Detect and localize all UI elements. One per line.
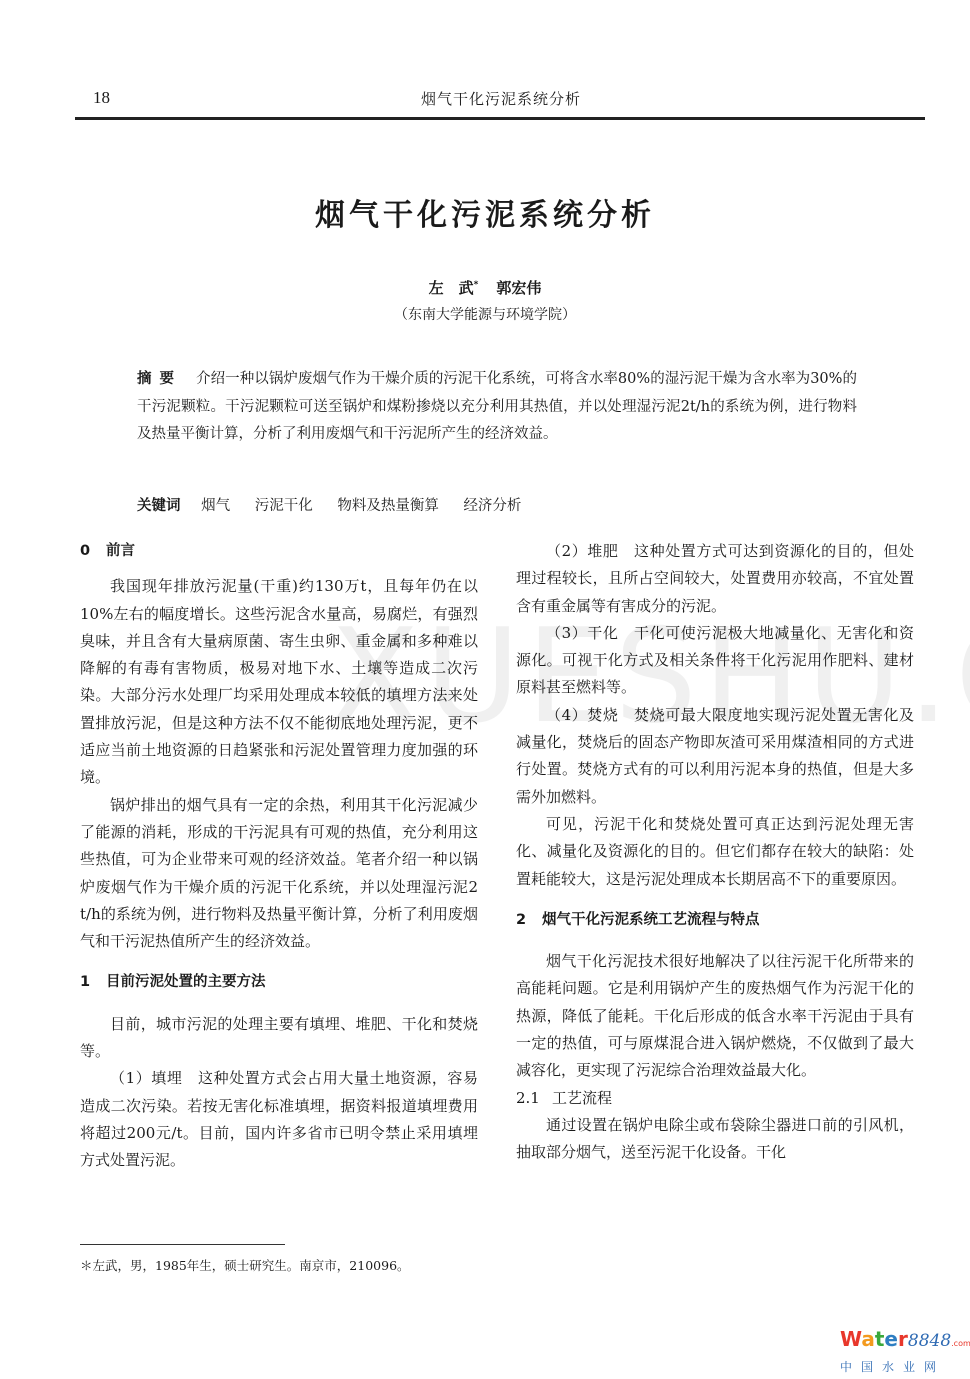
section-heading-2: 2烟气干化污泥系统工艺流程与特点: [516, 907, 914, 934]
author-1: 左 武: [429, 279, 474, 297]
paragraph: （2）堆肥 这种处置方式可达到资源化的目的，但处理过程较长，且所占空间较大，处置…: [516, 538, 914, 620]
paragraph: 我国现年排放污泥量(干重)约130万t，且每年仍在以10%左右的幅度增长。这些污…: [80, 573, 478, 791]
keyword: 物料及热量衡算: [337, 498, 439, 514]
author-2: 郭宏伟: [496, 279, 541, 297]
keyword: 经济分析: [463, 498, 521, 514]
paragraph: 烟气干化污泥技术很好地解决了以往污泥干化所带来的高能耗问题。它是利用锅炉产生的废…: [516, 948, 914, 1084]
keywords: 关键词 烟气 污泥干化 物料及热量衡算 经济分析: [137, 494, 857, 515]
logo-subtitle: 中国水业网: [840, 1358, 965, 1375]
paragraph: 可见，污泥干化和焚烧处置可真正达到污泥处理无害化、减量化及资源化的目的。但它们都…: [516, 811, 914, 893]
author-1-mark: *: [474, 280, 479, 290]
paper-title: 烟气干化污泥系统分析: [0, 190, 970, 234]
abstract-text: 介绍一种以锅炉废烟气作为干燥介质的污泥干化系统，可将含水率80%的湿污泥干燥为含…: [137, 371, 857, 442]
left-column: 0前言 我国现年排放污泥量(干重)约130万t，且每年仍在以10%左右的幅度增长…: [80, 538, 478, 1175]
running-title: 烟气干化污泥系统分析: [78, 88, 924, 109]
page-header: 18 烟气干化污泥系统分析: [78, 88, 924, 114]
keyword: 烟气: [201, 498, 230, 514]
subsection-heading-2-1: 2.1工艺流程: [516, 1085, 914, 1112]
paragraph: （1）填埋 这种处置方式会占用大量土地资源，容易造成二次污染。若按无害化标准填埋…: [80, 1065, 478, 1174]
section-heading-1: 1目前污泥处置的主要方法: [80, 969, 478, 996]
keywords-label: 关键词: [137, 498, 181, 514]
authors: 左 武*郭宏伟: [0, 277, 970, 298]
abstract-label: 摘要: [137, 371, 182, 387]
paragraph: （4）焚烧 焚烧可最大限度地实现污泥处置无害化及减量化，焚烧后的固态产物即灰渣可…: [516, 702, 914, 811]
paragraph: 锅炉排出的烟气具有一定的余热，利用其干化污泥减少了能源的消耗，形成的干污泥具有可…: [80, 792, 478, 956]
abstract: 摘要介绍一种以锅炉废烟气作为干燥介质的污泥干化系统，可将含水率80%的湿污泥干燥…: [137, 366, 857, 449]
footnote: ＊左武，男，1985年生，硕士研究生。南京市，210096。: [80, 1256, 410, 1274]
section-heading-0: 0前言: [80, 538, 478, 565]
right-column: （2）堆肥 这种处置方式可达到资源化的目的，但处理过程较长，且所占空间较大，处置…: [516, 538, 914, 1167]
footnote-rule: [80, 1244, 285, 1245]
keyword: 污泥干化: [255, 498, 313, 514]
water8848-logo: Water8848.com 中国水业网: [840, 1329, 965, 1375]
header-rule: [75, 117, 925, 120]
paragraph: 目前，城市污泥的处理主要有填埋、堆肥、干化和焚烧等。: [80, 1011, 478, 1066]
affiliation: （东南大学能源与环境学院）: [0, 304, 970, 324]
logo-wordmark: Water8848.com: [840, 1329, 965, 1354]
paragraph: （3）干化 干化可使污泥极大地减量化、无害化和资源化。可视干化方式及相关条件将干…: [516, 620, 914, 702]
paragraph: 通过设置在锅炉电除尘或布袋除尘器进口前的引风机，抽取部分烟气，送至污泥干化设备。…: [516, 1112, 914, 1167]
